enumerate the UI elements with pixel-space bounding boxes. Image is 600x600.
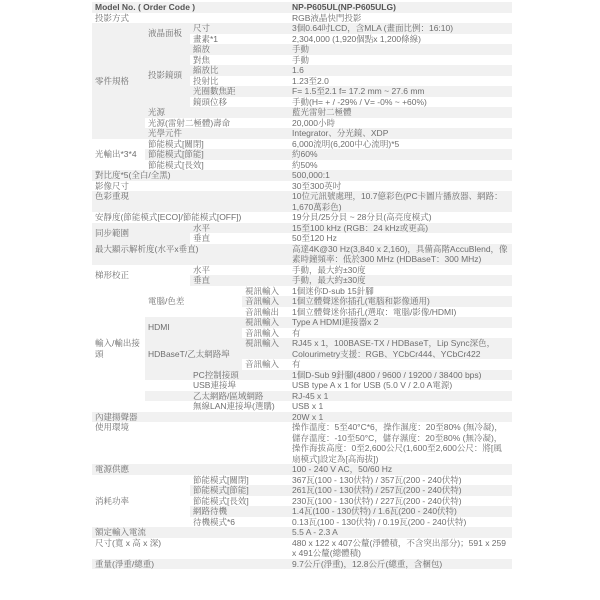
- spec-value: 9.7公斤(淨重)，12.8公斤(總重，含梱包): [290, 559, 512, 570]
- spec-label: HDBaseT/乙太網路埠: [145, 338, 242, 370]
- spec-label: 節能模式[關閉]: [145, 139, 290, 150]
- table-row: USB連接埠USB type A x 1 for USB (5.0 V / 2.…: [92, 380, 512, 391]
- spec-value: 1個D-Sub 9針腳(4800 / 9600 / 19200 / 38400 …: [290, 370, 512, 381]
- table-row: Model No. ( Order Code )NP-P605UL(NP-P60…: [92, 2, 512, 13]
- table-row: 節能模式[節能]約60%: [92, 149, 512, 160]
- spec-table-body: Model No. ( Order Code )NP-P605UL(NP-P60…: [92, 2, 512, 569]
- table-row: 重量(淨重/總重)9.7公斤(淨重)，12.8公斤(總重，含梱包): [92, 559, 512, 570]
- table-row: 色彩重現10位元訊號處理，10.7億彩色(PC卡圖片播放器、網路：1,670萬彩…: [92, 191, 512, 212]
- spec-label: 視訊輸入: [242, 317, 290, 328]
- table-row: 投影方式RGB液晶快門投影: [92, 13, 512, 24]
- spec-value: 19分貝/25分貝 ~ 28分貝(高亮度模式): [290, 212, 512, 223]
- spec-label: 縮放比: [190, 65, 290, 76]
- spec-label: 視訊輸入: [242, 338, 290, 359]
- table-row: 安靜度(節能模式[ECO]/節能模式[OFF])19分貝/25分貝 ~ 28分貝…: [92, 212, 512, 223]
- table-row: 光源(雷射二極體)壽命20,000小時: [92, 118, 512, 129]
- spec-label: 光源: [145, 107, 290, 118]
- spec-value: 20W x 1: [290, 412, 512, 423]
- spec-value: 藍光雷射二極體: [290, 107, 512, 118]
- spec-value: 480 x 122 x 407公釐(淨體積，不含突出部分)；591 x 259 …: [290, 538, 512, 559]
- table-row: 零件規格液晶面板尺寸3個0.64吋LCD，含MLA (畫面比例：16:10): [92, 23, 512, 34]
- spec-value: 手動，最大約±30度: [290, 265, 512, 276]
- table-row: 影像尺寸30至300英吋: [92, 181, 512, 192]
- spec-label: 鏡頭位移: [190, 97, 290, 108]
- spec-label: USB連接埠: [190, 380, 290, 391]
- spec-value: 操作溫度：5至40°C*6，操作濕度：20至80% (無冷凝)，儲存溫度：-10…: [290, 422, 512, 464]
- spec-label: 節能模式[關閉]: [190, 475, 290, 486]
- spec-label: 投影方式: [92, 13, 290, 24]
- spec-value: 15至100 kHz (RGB：24 kHz或更高): [290, 223, 512, 234]
- spec-label: 最大顯示解析度(水平x垂直): [92, 244, 290, 265]
- table-row: 額定輸入電流5.5 A - 2.3 A: [92, 527, 512, 538]
- table-row: 無線LAN連接埠(選購)USB x 1: [92, 401, 512, 412]
- spec-sheet-page: Model No. ( Order Code )NP-P605UL(NP-P60…: [0, 0, 600, 600]
- spec-label: 內建揚聲器: [92, 412, 290, 423]
- table-row: HDMI視訊輸入Type A HDMI連接器x 2: [92, 317, 512, 328]
- spec-value: 1.23至2.0: [290, 76, 512, 87]
- spec-value: 2,304,000 (1,920個點x 1,200條線): [290, 34, 512, 45]
- spec-table-container: Model No. ( Order Code )NP-P605UL(NP-P60…: [92, 2, 512, 569]
- spec-label: 節能模式[節能]: [145, 149, 290, 160]
- table-row: 光源藍光雷射二極體: [92, 107, 512, 118]
- spec-label: 使用環境: [92, 422, 290, 464]
- spec-value: 261瓦(100 - 130伏特) / 257瓦(200 - 240伏特): [290, 485, 512, 496]
- spec-value: USB type A x 1 for USB (5.0 V / 2.0 A電源): [290, 380, 512, 391]
- spec-label: 投射比: [190, 76, 290, 87]
- spec-label: 音訊輸入: [242, 328, 290, 339]
- spec-value: 20,000小時: [290, 118, 512, 129]
- spec-value: 手動(H= + / -29% / V= -0% ~ +60%): [290, 97, 512, 108]
- spec-label: 視訊輸入: [242, 286, 290, 297]
- spec-value: 有: [290, 328, 512, 339]
- spec-label: 安靜度(節能模式[ECO]/節能模式[OFF]): [92, 212, 290, 223]
- spec-value: 5.5 A - 2.3 A: [290, 527, 512, 538]
- spec-value: 50至120 Hz: [290, 233, 512, 244]
- spec-value: 1個迷你D-sub 15針腳: [290, 286, 512, 297]
- spec-label: 消耗功率: [92, 475, 190, 528]
- spec-value: 約60%: [290, 149, 512, 160]
- spec-value: 10位元訊號處理，10.7億彩色(PC卡圖片播放器、網路：1,670萬彩色): [290, 191, 512, 212]
- spec-label: [145, 391, 190, 402]
- spec-label: HDMI: [145, 317, 242, 338]
- spec-value: 手動: [290, 55, 512, 66]
- spec-label: 無線LAN連接埠(選購): [190, 401, 290, 412]
- spec-label: 畫素*1: [190, 34, 290, 45]
- spec-value: 手動，最大約±30度: [290, 275, 512, 286]
- spec-value: 0.13瓦(100 - 130伏特) / 0.19瓦(200 - 240伏特): [290, 517, 512, 528]
- spec-value: 500,000:1: [290, 170, 512, 181]
- spec-value: 100 - 240 V AC，50/60 Hz: [290, 464, 512, 475]
- spec-label: 光輸出*3*4: [92, 139, 145, 171]
- spec-label: 光學元件: [145, 128, 290, 139]
- table-row: 投影鏡頭縮放手動: [92, 44, 512, 55]
- spec-value: Integrator、分光鏡、XDP: [290, 128, 512, 139]
- spec-label: 水平: [190, 265, 290, 276]
- spec-label: 乙太網路/區域網路: [190, 391, 290, 402]
- spec-value: NP-P605UL(NP-P605ULG): [290, 2, 512, 13]
- spec-label: Model No. ( Order Code ): [92, 2, 290, 13]
- table-row: 內建揚聲器20W x 1: [92, 412, 512, 423]
- spec-value: 367瓦(100 - 130伏特) / 357瓦(200 - 240伏特): [290, 475, 512, 486]
- spec-label: 尺寸: [190, 23, 290, 34]
- spec-label: 垂直: [190, 275, 290, 286]
- spec-value: Type A HDMI連接器x 2: [290, 317, 512, 328]
- spec-label: 額定輸入電流: [92, 527, 290, 538]
- spec-value: 6,000流明(6,200中心流明)*5: [290, 139, 512, 150]
- spec-label: 音訊輸入: [242, 296, 290, 307]
- table-row: 最大顯示解析度(水平x垂直)高達4K@30 Hz(3,840 x 2,160)，…: [92, 244, 512, 265]
- spec-label: 梯形校正: [92, 265, 190, 286]
- spec-value: 約50%: [290, 160, 512, 171]
- spec-label: 同步範圍: [92, 223, 190, 244]
- table-row: 消耗功率節能模式[關閉]367瓦(100 - 130伏特) / 357瓦(200…: [92, 475, 512, 486]
- spec-label: 零件規格: [92, 23, 145, 139]
- spec-label: 重量(淨重/總重): [92, 559, 290, 570]
- spec-value: RJ-45 x 1: [290, 391, 512, 402]
- spec-value: RJ45 x 1，100BASE-TX / HDBaseT，Lip Sync深色…: [290, 338, 512, 359]
- spec-value: 1.4瓦(100 - 130伏特) / 1.6瓦(200 - 240伏特): [290, 506, 512, 517]
- spec-label: 色彩重現: [92, 191, 290, 212]
- table-row: 梯形校正水平手動，最大約±30度: [92, 265, 512, 276]
- table-row: 乙太網路/區域網路RJ-45 x 1: [92, 391, 512, 402]
- spec-value: 230瓦(100 - 130伏特) / 227瓦(200 - 240伏特): [290, 496, 512, 507]
- spec-label: 節能模式[長效]: [190, 496, 290, 507]
- spec-label: 待機模式*6: [190, 517, 290, 528]
- table-row: 對比度*5(全白/全黑)500,000:1: [92, 170, 512, 181]
- spec-value: 1個立體聲迷你插孔(選取：電腦/影像/HDMI): [290, 307, 512, 318]
- spec-value: USB x 1: [290, 401, 512, 412]
- spec-label: [145, 401, 190, 412]
- spec-label: 液晶面板: [145, 23, 190, 44]
- spec-label: 縮放: [190, 44, 290, 55]
- table-row: 尺寸(寬 x 高 x 深)480 x 122 x 407公釐(淨體積，不含突出部…: [92, 538, 512, 559]
- spec-label: 對比度*5(全白/全黑): [92, 170, 290, 181]
- table-row: 光輸出*3*4節能模式[關閉]6,000流明(6,200中心流明)*5: [92, 139, 512, 150]
- spec-value: RGB液晶快門投影: [290, 13, 512, 24]
- spec-label: 投影鏡頭: [145, 44, 190, 107]
- spec-value: 高達4K@30 Hz(3,840 x 2,160)，具備高階AccuBlend，…: [290, 244, 512, 265]
- table-row: PC控制接頭1個D-Sub 9針腳(4800 / 9600 / 19200 / …: [92, 370, 512, 381]
- spec-label: [145, 380, 190, 391]
- spec-label: 水平: [190, 223, 290, 234]
- table-row: HDBaseT/乙太網路埠視訊輸入RJ45 x 1，100BASE-TX / H…: [92, 338, 512, 359]
- spec-value: 1.6: [290, 65, 512, 76]
- table-row: 同步範圍水平15至100 kHz (RGB：24 kHz或更高): [92, 223, 512, 234]
- table-row: 使用環境操作溫度：5至40°C*6，操作濕度：20至80% (無冷凝)，儲存溫度…: [92, 422, 512, 464]
- spec-table: Model No. ( Order Code )NP-P605UL(NP-P60…: [92, 2, 512, 569]
- spec-value: F= 1.5至2.1 f= 17.2 mm ~ 27.6 mm: [290, 86, 512, 97]
- spec-label: 音訊輸入: [242, 359, 290, 370]
- spec-label: 光圈數焦距: [190, 86, 290, 97]
- spec-label: 網路待機: [190, 506, 290, 517]
- spec-label: 節能模式[長效]: [145, 160, 290, 171]
- spec-label: 尺寸(寬 x 高 x 深): [92, 538, 290, 559]
- spec-value: 3個0.64吋LCD，含MLA (畫面比例：16:10): [290, 23, 512, 34]
- spec-label: [145, 370, 190, 381]
- spec-value: 1個立體聲迷你插孔(電腦和影像通用): [290, 296, 512, 307]
- spec-label: 對焦: [190, 55, 290, 66]
- spec-label: 節能模式[節能]: [190, 485, 290, 496]
- spec-label: 影像尺寸: [92, 181, 290, 192]
- spec-label: 電源供應: [92, 464, 290, 475]
- spec-value: 手動: [290, 44, 512, 55]
- spec-label: 電腦/色差: [145, 286, 242, 318]
- spec-value: 30至300英吋: [290, 181, 512, 192]
- spec-label: 垂直: [190, 233, 290, 244]
- spec-label: 音訊輸出: [242, 307, 290, 318]
- table-row: 光學元件Integrator、分光鏡、XDP: [92, 128, 512, 139]
- table-row: 節能模式[長效]約50%: [92, 160, 512, 171]
- table-row: 輸入/輸出接頭電腦/色差視訊輸入1個迷你D-sub 15針腳: [92, 286, 512, 297]
- spec-label: PC控制接頭: [190, 370, 290, 381]
- spec-label: 輸入/輸出接頭: [92, 286, 145, 412]
- table-row: 電源供應100 - 240 V AC，50/60 Hz: [92, 464, 512, 475]
- spec-label: 光源(雷射二極體)壽命: [145, 118, 290, 129]
- spec-value: 有: [290, 359, 512, 370]
